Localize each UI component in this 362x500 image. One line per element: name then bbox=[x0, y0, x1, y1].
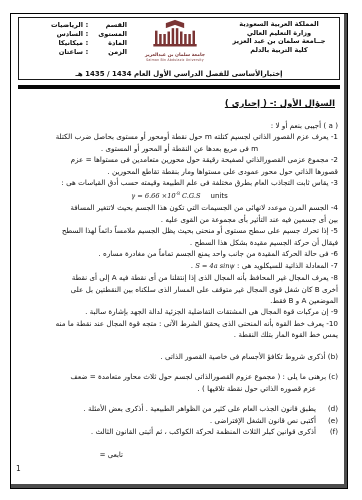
info-value: السادس bbox=[57, 30, 83, 39]
item-3-line: 3- يقاس ثابت التجاذب العام بطرق مختلفة ف… bbox=[21, 177, 338, 188]
part-c-line: عزم قصوره الذاتي حول نقطة تلاقيها ) . bbox=[21, 383, 316, 394]
header-row: المملكة العربية السعودية وزارة التعليم ا… bbox=[19, 18, 339, 62]
part-f-marker: (f) bbox=[324, 426, 338, 437]
exam-title: إختبارالأساسى للفصل الدراسي الأول العام … bbox=[19, 70, 339, 78]
item-8-line: الموضعين A و B فقط. bbox=[21, 295, 338, 306]
colon: : bbox=[83, 21, 91, 30]
item-10-line: 10- يعرف خط القوة بأنه المنحنى الذى يحقق… bbox=[21, 318, 338, 329]
info-row: الزمن:ساعتان bbox=[21, 48, 127, 57]
part-f-line: (f)أذكرى قوانين كبلر الثلاث المنظمة لحرك… bbox=[21, 426, 338, 437]
info-row: المادة:ميكانيكا bbox=[21, 39, 127, 48]
org-line: المملكة العربية السعودية bbox=[219, 20, 339, 29]
item-10-line: يمس خط القوة المار بتلك النقطة . bbox=[21, 329, 338, 340]
part-c-line: (c) برهنى ما يلى : ( مجموع عزوم القصورال… bbox=[21, 371, 338, 382]
item-6-line: 6- فى حالة الحركة المقيدة من جانب واحد ي… bbox=[21, 248, 338, 259]
question-title: السؤال الأول :- ( إجبارى ) bbox=[225, 99, 335, 109]
question-body: ( a ) أجيبى بنعم أو لا : 1- يعرف عزم الق… bbox=[21, 120, 338, 461]
formula-text: γ = 6.66 ×10-8 C.G.S bbox=[131, 192, 200, 200]
colon: : bbox=[83, 48, 91, 57]
item-7-text: 7- المعادلة الذاتية للسيكلويد هى : bbox=[237, 261, 338, 270]
part-e-marker: (e) bbox=[324, 415, 338, 426]
item-4-line: بين أى جسمين فيه عند التأثير بأى مجموعة … bbox=[21, 214, 338, 225]
course-info-block: القسم:الرياضيات المستوى:السادس المادة:مي… bbox=[19, 18, 131, 62]
item-1-line: m فى مربع بعدها عن النقطة أو المحور أو ا… bbox=[21, 143, 338, 154]
info-label: المستوى bbox=[91, 30, 127, 39]
item-2-line: قصورها الذاتي حول محور عمودى على مستواها… bbox=[21, 166, 338, 177]
divider-rule bbox=[18, 85, 340, 89]
org-line: وزارة التعليم العالي bbox=[219, 29, 339, 38]
item-4-line: 4- الجسم المرن موعدد لانهائى من الجسيمات… bbox=[21, 202, 338, 213]
item-1-line: 1- يعرف عزم القصور الذاتي لجسيم كتلته m … bbox=[21, 131, 338, 142]
spacer bbox=[21, 394, 338, 403]
units-label: units bbox=[211, 192, 228, 200]
part-d-marker: (d) bbox=[324, 403, 338, 414]
info-row: المستوى:السادس bbox=[21, 30, 127, 39]
logo-caption-english: Salman Bin Abdulaziz University bbox=[131, 58, 219, 62]
info-label: المادة bbox=[91, 39, 127, 48]
page-number: 1 bbox=[16, 464, 21, 473]
info-label: القسم bbox=[91, 21, 127, 30]
colon: : bbox=[83, 30, 91, 39]
info-label: الزمن bbox=[91, 48, 127, 57]
part-e-line: (e)أكتبى نص قانون الشغل الإفتراضى . bbox=[21, 415, 338, 426]
item-2-line: 2- مجموع عزمى القصورالذاتي لصفيحة رقيقة … bbox=[21, 154, 338, 165]
gravitational-constant-formula: γ = 6.66 ×10-8 C.G.Sunits bbox=[21, 189, 338, 203]
item-9-line: 9- إن مركبات قوة المجال هى المشتقات التف… bbox=[21, 306, 338, 317]
part-e-text: أكتبى نص قانون الشغل الإفتراضى . bbox=[210, 416, 316, 425]
continue-note: تابعى = bbox=[21, 450, 123, 461]
part-f-text: أذكرى قوانين كبلر الثلاث المنظمة لحركة ا… bbox=[91, 427, 316, 436]
spacer bbox=[21, 341, 338, 351]
part-a-heading: ( a ) أجيبى بنعم أو لا : bbox=[21, 120, 338, 131]
org-line: كلية التربية بالدلم bbox=[219, 46, 339, 55]
part-b-line: (b) أذكرى شروط تكافؤ الأجسام فى خاصية ال… bbox=[21, 351, 338, 362]
item-5-line: 5- إذا تحرك جسيم على سطح مستوى أو منحنى … bbox=[21, 225, 338, 236]
page-frame: المملكة العربية السعودية وزارة التعليم ا… bbox=[10, 13, 348, 489]
info-value: ميكانيكا bbox=[58, 39, 83, 48]
item-7-period: . bbox=[191, 261, 193, 270]
colon: : bbox=[83, 39, 91, 48]
university-logo-icon bbox=[150, 19, 200, 49]
item-8-line: أخرى B كان شغل قوى المجال غير متوقف على … bbox=[21, 284, 338, 295]
item-8-line: 8- يعرف المجال غير المحافظ بأنه المجال ا… bbox=[21, 272, 338, 283]
org-line: جــامعة سلمان بن عبد العزيز bbox=[219, 37, 339, 46]
part-d-line: (d)يطبق قانون الجذب العام على كثير من ال… bbox=[21, 403, 338, 414]
spacer bbox=[21, 362, 338, 371]
organization-block: المملكة العربية السعودية وزارة التعليم ا… bbox=[219, 18, 339, 62]
item-5-line: فيقال أن حركة الجسيم مقيدة بشكل هذا السط… bbox=[21, 237, 338, 248]
item-7-line: 7- المعادلة الذاتية للسيكلويد هى : S = 4… bbox=[21, 260, 338, 272]
cycloid-formula: S = 4a sinψ bbox=[195, 261, 234, 272]
info-value: الرياضيات bbox=[51, 21, 83, 30]
header-box: المملكة العربية السعودية وزارة التعليم ا… bbox=[18, 17, 340, 80]
part-d-text: يطبق قانون الجذب العام على كثير من الظوا… bbox=[83, 404, 316, 413]
info-row: القسم:الرياضيات bbox=[21, 21, 127, 30]
university-logo: جامعة سلمان بن عبدالعزيز Salman Bin Abdu… bbox=[131, 18, 219, 62]
info-value: ساعتان bbox=[59, 48, 83, 57]
